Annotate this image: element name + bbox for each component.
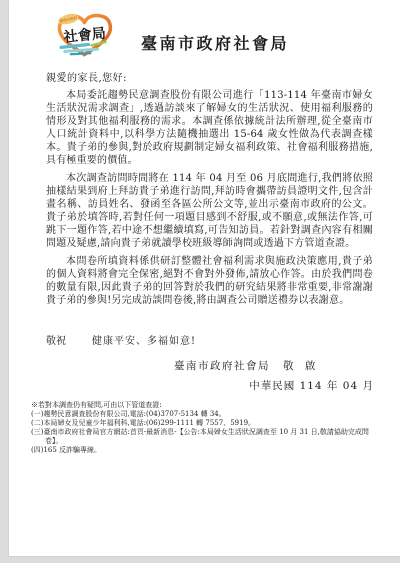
- letter-page: 臺南市政府 社會局 臺南市政府社會局 親愛的家長,您好: 本局委託趨勢民意調查股…: [9, 0, 400, 556]
- closing-line: 敬祝健康平安、多福如意!: [46, 332, 400, 347]
- letter-header: 臺南市政府 社會局 臺南市政府社會局: [9, 0, 400, 60]
- paragraph-visit-details: 本次調查訪問時間將在 114 年 04 月至 06 月底間進行,我們將依照抽樣結…: [46, 172, 373, 250]
- page-title: 臺南市政府社會局: [141, 31, 289, 54]
- footnotes-intro: ※若對本調查仍有疑問,可由以下管道查證:: [31, 401, 382, 410]
- footnote-item-4: (四)165 反詐騙專線。: [31, 446, 382, 455]
- paragraph-survey-intro: 本局委託趨勢民意調查股份有限公司進行「113-114 年臺南市婦女生活狀況需求調…: [46, 89, 373, 167]
- paragraph-privacy-note: 本問卷所填資料係供研訂整體社會福利需求與施政決策應用,貴子弟的個人資料將會完全保…: [46, 255, 373, 307]
- footnote-item-3: (三)臺南市政府社會局官方網站:首頁-最新消息-【公告:本局婦女生活狀況調查至 …: [31, 428, 382, 446]
- footnote-item-1: (一)趨勢民意調查股份有限公司,電話:(04)3707-5134 轉 34。: [31, 410, 382, 419]
- signature-name: 臺南市政府社會局: [174, 360, 270, 372]
- letter-body: 本局委託趨勢民意調查股份有限公司進行「113-114 年臺南市婦女生活狀況需求調…: [46, 89, 373, 307]
- footnotes-section: ※若對本調查仍有疑問,可由以下管道查證: (一)趨勢民意調查股份有限公司,電話:…: [31, 401, 382, 455]
- closing-blessing: 健康平安、多福如意!: [92, 336, 196, 347]
- scanned-letter-background: 臺南市政府 社會局 臺南市政府社會局 親愛的家長,您好: 本局委託趨勢民意調查股…: [0, 0, 400, 563]
- bureau-logo: 臺南市政府 社會局: [53, 12, 117, 60]
- signature-honorific: 敬 啟: [283, 360, 319, 372]
- heart-logo-icon: 臺南市政府 社會局: [53, 12, 117, 60]
- footnote-item-2: (二)本局婦女及兒童少年福利科,電話:(06)299-1111 轉 7557、5…: [31, 419, 382, 428]
- date-line: 中華民國 114 年 04 月: [9, 378, 374, 393]
- greeting-text: 親愛的家長,您好:: [46, 69, 400, 84]
- closing-salute: 敬祝: [46, 336, 66, 347]
- signature-line: 臺南市政府社會局敬 啟: [174, 358, 400, 373]
